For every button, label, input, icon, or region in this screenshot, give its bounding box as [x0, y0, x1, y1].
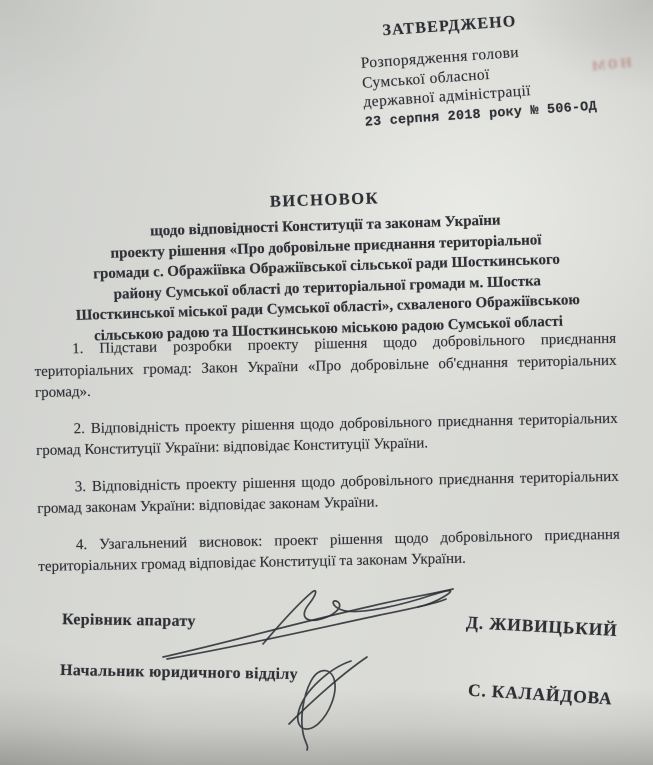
paragraph-2: 2. Відповідність проекту рішення щодо до… [36, 408, 619, 462]
paragraph-4: 4. Узагальнений висновок: проект рішення… [38, 524, 621, 578]
document-body: 1. Підстави розробки проекту рішення щод… [34, 329, 621, 594]
scanned-document-photo: { "document": { "approval": { "heading":… [0, 0, 653, 765]
approval-block: ЗАТВЕРДЖЕНО Розпорядження голови Сумсько… [358, 4, 649, 130]
document-title-block: ВИСНОВОК щодо відповідності Конституції … [18, 180, 635, 348]
signatory-title-1: Керівник апарату [62, 611, 196, 631]
paragraph-1: 1. Підстави розробки проекту рішення щод… [34, 329, 617, 405]
paragraph-3: 3. Відповідність проекту рішення щодо до… [37, 466, 620, 520]
